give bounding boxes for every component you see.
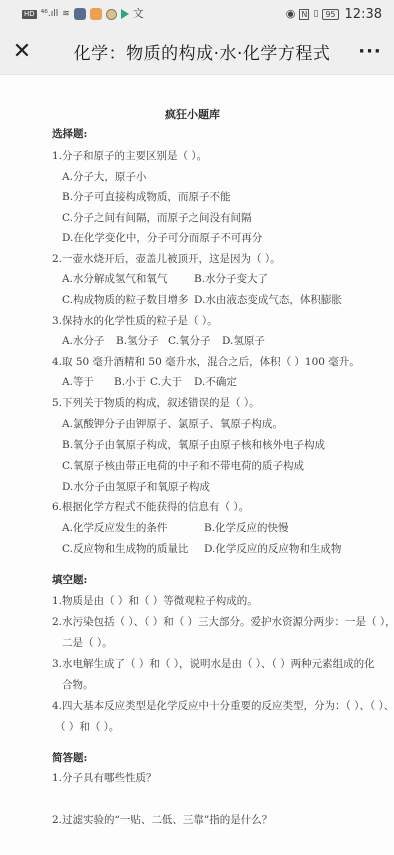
section-heading-choice: 选择题:: [52, 127, 87, 141]
battery-icon: 95: [322, 9, 338, 20]
vibrate-icon: ▯: [313, 8, 318, 20]
question-text: 6.根据化学方程式不能获得的信息有（ ）。: [52, 500, 249, 514]
option: A.化学反应发生的条件: [62, 521, 167, 535]
section-heading-short: 简答题:: [52, 751, 87, 765]
fill-question-cont: 二是（ ）。: [62, 636, 113, 650]
close-button[interactable]: ✕: [0, 28, 44, 74]
option: C.分子之间有间隔，而原子之间没有间隔: [62, 211, 252, 225]
question-text: 2.一壶水烧开后，壶盖儿被顶开，这是因为（ ）。: [52, 252, 281, 266]
option: B.氧分子由氧原子构成，氧原子由原子核和核外电子构成: [62, 438, 325, 452]
question-text: 4.取 50 毫升酒精和 50 毫升水，混合之后，体积（ ）100 毫升。: [52, 355, 360, 369]
more-button[interactable]: ···: [346, 28, 394, 74]
option: C.氧原子核由带正电荷的中子和不带电荷的质子构成: [62, 459, 304, 473]
option: A.等于: [62, 375, 94, 389]
option: D.水由液态变成气态，体积膨胀: [194, 293, 342, 307]
option: B.水分子变大了: [194, 272, 268, 286]
close-icon: ✕: [13, 39, 31, 64]
nfc-icon: N: [299, 9, 309, 20]
option: C.反应物和生成物的质量比: [62, 542, 189, 556]
question-text: 3.保持水的化学性质的粒子是（ ）。: [52, 314, 218, 328]
option: D.氢原子: [222, 334, 265, 348]
option: A.水分子: [62, 334, 104, 348]
fill-question-cont: 合物。: [62, 678, 94, 692]
option: C.大于: [150, 375, 182, 389]
short-question: 1.分子具有哪些性质？: [52, 771, 157, 785]
option: B.氢分子: [116, 334, 159, 348]
page-title: 化学：物质的构成·水·化学方程式: [44, 39, 346, 64]
signal-icon: ⁴⁶.ıll: [41, 8, 59, 20]
question-text: 5.下列关于物质的构成，叙述错误的是（ ）。: [52, 396, 260, 410]
app-notification-icon: [90, 8, 102, 20]
option: D.化学反应的反应物和生成物: [204, 542, 341, 556]
play-icon: [121, 9, 129, 19]
document-title: 疯狂小题库: [165, 108, 220, 122]
option: B.分子可直接构成物质，而原子不能: [62, 190, 231, 204]
fill-question: 2.水污染包括（ ）、（ ）和（ ）三大部分。爱护水资源分两步：一是（ ），: [52, 615, 394, 629]
app-notification-icon: [106, 9, 117, 20]
fill-question-cont: （ ）和（ ）。: [55, 720, 119, 734]
clock: 12:38: [345, 7, 382, 22]
eye-icon: ◉: [286, 8, 296, 20]
app-notification-icon: [74, 8, 86, 20]
document-image: 疯狂小题库 选择题: 1.分子和原子的主要区别是（ ）。 A.分子大，原子小 B…: [0, 75, 394, 855]
status-bar: HD ⁴⁶.ıll ≋ 文 ◉ N ▯ 95 12:38: [0, 0, 394, 28]
fill-question: 4.四大基本反应类型是化学反应中十分重要的反应类型，分为：（ ）、（ ）、: [52, 699, 394, 713]
option: D.水分子由氢原子和氧原子构成: [62, 480, 210, 494]
fill-question: 3.水电解生成了（ ）和（ ），说明水是由（ ）、（ ）两种元素组成的化: [52, 657, 375, 671]
option: C.构成物质的粒子数目增多: [62, 293, 189, 307]
status-bar-left: HD ⁴⁶.ıll ≋ 文: [22, 8, 144, 20]
option: C.氧分子: [168, 334, 211, 348]
option: A.分子大，原子小: [62, 170, 146, 184]
option: D.在化学变化中，分子可分而原子不可再分: [62, 231, 262, 245]
option: A.氯酸钾分子由钾原子、氯原子、氧原子构成。: [62, 417, 283, 431]
fill-question: 1.物质是由（ ）和（ ）等微观粒子构成的。: [52, 594, 258, 608]
section-heading-fill: 填空题:: [52, 573, 87, 587]
nav-bar: ✕ 化学：物质的构成·水·化学方程式 ···: [0, 28, 394, 75]
option: A.水分解成氢气和氧气: [62, 272, 167, 286]
option: B.小于: [114, 375, 146, 389]
option: B.化学反应的快慢: [204, 521, 289, 535]
status-bar-right: ◉ N ▯ 95 12:38: [286, 7, 382, 22]
option: D.不确定: [194, 375, 237, 389]
question-text: 1.分子和原子的主要区别是（ ）。: [52, 149, 207, 163]
short-question: 2.过滤实验的“一贴、二低、三靠”指的是什么？: [52, 813, 272, 827]
wifi-icon: ≋: [62, 8, 70, 20]
hd-icon: HD: [22, 10, 37, 19]
more-icon: ···: [358, 41, 382, 62]
translate-icon: 文: [133, 8, 144, 20]
